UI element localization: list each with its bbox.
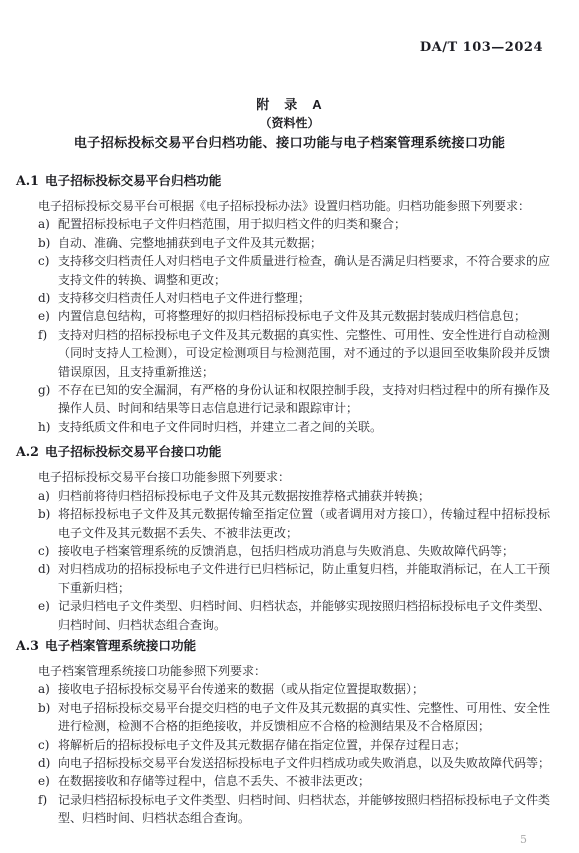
item-text: 不存在已知的安全漏洞，有严格的身份认证和权限控制手段，支持对归档过程中的所有操作… [58,381,550,418]
section-title: 电子招标投标交易平台归档功能 [45,173,221,189]
section-a1: A.1 电子招标投标交易平台归档功能 电子招标投标交易平台可根据《电子招标投标办… [0,173,579,436]
section-number: A.3 [16,638,45,654]
document-page: DA/T 103—2024 附 录 A （资料性） 电子招标投标交易平台归档功能… [0,0,579,853]
list-item: e) 内置信息包结构，可将整理好的拟归档招标投标电子文件及其元数据封装成归档信息… [38,307,550,325]
item-text: 对归档成功的招标投标电子文件进行已归档标记，防止重复归档，并能取消标记，在人工干… [58,560,550,597]
item-marker: g) [38,381,58,418]
item-text: 支持移交归档责任人对归档电子文件质量进行检查，确认是否满足归档要求，不符合要求的… [58,252,550,289]
section-items: a) 归档前将待归档招标投标电子文件及其元数据按推荐格式捕获并转换； b) 将招… [38,487,550,634]
item-marker: e) [38,597,58,634]
item-marker: c) [38,252,58,289]
item-text: 内置信息包结构，可将整理好的拟归档招标投标电子文件及其元数据封装成归档信息包； [58,307,550,325]
section-heading: A.3 电子档案管理系统接口功能 [16,638,550,654]
appendix-label: 附 录 A [0,97,579,112]
item-text: 记录归档电子文件类型、归档时间、归档状态，并能够实现按照归档招标投标电子文件类型… [58,597,550,634]
item-marker: e) [38,772,58,790]
section-a2: A.2 电子招标投标交易平台接口功能 电子招标投标交易平台接口功能参照下列要求：… [0,444,579,634]
list-item: c) 支持移交归档责任人对归档电子文件质量进行检查，确认是否满足归档要求，不符合… [38,252,550,289]
section-items: a) 配置招标投标电子文件归档范围，用于拟归档文件的归类和聚合； b) 自动、准… [38,215,550,436]
item-text: 对电子招标投标交易平台提交归档的电子文件及其元数据的真实性、完整性、可用性、安全… [58,699,550,736]
list-item: a) 配置招标投标电子文件归档范围，用于拟归档文件的归类和聚合； [38,215,550,233]
list-item: a) 接收电子招标投标交易平台传递来的数据（或从指定位置提取数据）； [38,680,550,698]
section-intro: 电子招标投标交易平台可根据《电子招标投标办法》设置归档功能。归档功能参照下列要求… [38,197,550,215]
item-marker: d) [38,754,58,772]
list-item: f) 支持对归档的招标投标电子文件及其元数据的真实性、完整性、可用性、安全性进行… [38,326,550,381]
item-marker: f) [38,326,58,381]
list-item: d) 对归档成功的招标投标电子文件进行已归档标记，防止重复归档，并能取消标记，在… [38,560,550,597]
list-item: e) 在数据接收和存储等过程中，信息不丢失、不被非法更改； [38,772,550,790]
item-text: 将解析后的招标投标电子文件及其元数据存储在指定位置，并保存过程日志； [58,736,550,754]
list-item: g) 不存在已知的安全漏洞，有严格的身份认证和权限控制手段，支持对归档过程中的所… [38,381,550,418]
item-marker: a) [38,487,58,505]
item-marker: c) [38,542,58,560]
item-text: 记录归档招标投标电子文件类型、归档时间、归档状态，并能够按照归档招标投标电子文件… [58,791,550,828]
list-item: d) 支持移交归档责任人对归档电子文件进行整理； [38,289,550,307]
item-text: 配置招标投标电子文件归档范围，用于拟归档文件的归类和聚合； [58,215,550,233]
item-marker: a) [38,680,58,698]
list-item: h) 支持纸质文件和电子文件同时归档，并建立二者之间的关联。 [38,418,550,436]
section-intro: 电子档案管理系统接口功能参照下列要求： [38,662,550,680]
item-marker: b) [38,699,58,736]
section-number: A.2 [16,444,45,460]
item-marker: c) [38,736,58,754]
item-marker: d) [38,289,58,307]
list-item: c) 将解析后的招标投标电子文件及其元数据存储在指定位置，并保存过程日志； [38,736,550,754]
item-marker: e) [38,307,58,325]
section-title: 电子招标投标交易平台接口功能 [45,444,221,460]
item-text: 支持对归档的招标投标电子文件及其元数据的真实性、完整性、可用性、安全性进行自动检… [58,326,550,381]
item-text: 归档前将待归档招标投标电子文件及其元数据按推荐格式捕获并转换； [58,487,550,505]
item-text: 向电子招标投标交易平台发送招标投标电子文件归档成功或失败消息，以及失败故障代码等… [58,754,550,772]
item-marker: a) [38,215,58,233]
section-heading: A.1 电子招标投标交易平台归档功能 [16,173,550,189]
section-a3: A.3 电子档案管理系统接口功能 电子档案管理系统接口功能参照下列要求： a) … [0,638,579,828]
item-marker: b) [38,234,58,252]
section-title: 电子档案管理系统接口功能 [45,638,196,654]
doc-number: DA/T 103—2024 [420,40,543,55]
list-item: b) 自动、准确、完整地捕获到电子文件及其元数据； [38,234,550,252]
item-text: 接收电子档案管理系统的反馈消息，包括归档成功消息与失败消息、失败故障代码等； [58,542,550,560]
list-item: a) 归档前将待归档招标投标电子文件及其元数据按推荐格式捕获并转换； [38,487,550,505]
list-item: d) 向电子招标投标交易平台发送招标投标电子文件归档成功或失败消息，以及失败故障… [38,754,550,772]
page-number: 5 [520,833,527,846]
item-text: 支持移交归档责任人对归档电子文件进行整理； [58,289,550,307]
list-item: b) 对电子招标投标交易平台提交归档的电子文件及其元数据的真实性、完整性、可用性… [38,699,550,736]
item-marker: h) [38,418,58,436]
section-heading: A.2 电子招标投标交易平台接口功能 [16,444,550,460]
list-item: b) 将招标投标电子文件及其元数据传输至指定位置（或者调用对方接口），传输过程中… [38,505,550,542]
item-text: 在数据接收和存储等过程中，信息不丢失、不被非法更改； [58,772,550,790]
item-marker: d) [38,560,58,597]
appendix-type: （资料性） [0,116,579,131]
appendix-title-block: 附 录 A （资料性） 电子招标投标交易平台归档功能、接口功能与电子档案管理系统… [0,0,579,151]
list-item: e) 记录归档电子文件类型、归档时间、归档状态，并能够实现按照归档招标投标电子文… [38,597,550,634]
item-marker: b) [38,505,58,542]
item-marker: f) [38,791,58,828]
list-item: f) 记录归档招标投标电子文件类型、归档时间、归档状态，并能够按照归档招标投标电… [38,791,550,828]
item-text: 支持纸质文件和电子文件同时归档，并建立二者之间的关联。 [58,418,550,436]
section-intro: 电子招标投标交易平台接口功能参照下列要求： [38,468,550,486]
item-text: 自动、准确、完整地捕获到电子文件及其元数据； [58,234,550,252]
item-text: 接收电子招标投标交易平台传递来的数据（或从指定位置提取数据）； [58,680,550,698]
section-number: A.1 [16,173,45,189]
appendix-title: 电子招标投标交易平台归档功能、接口功能与电子档案管理系统接口功能 [0,135,579,151]
item-text: 将招标投标电子文件及其元数据传输至指定位置（或者调用对方接口），传输过程中招标投… [58,505,550,542]
section-items: a) 接收电子招标投标交易平台传递来的数据（或从指定位置提取数据）； b) 对电… [38,680,550,827]
list-item: c) 接收电子档案管理系统的反馈消息，包括归档成功消息与失败消息、失败故障代码等… [38,542,550,560]
